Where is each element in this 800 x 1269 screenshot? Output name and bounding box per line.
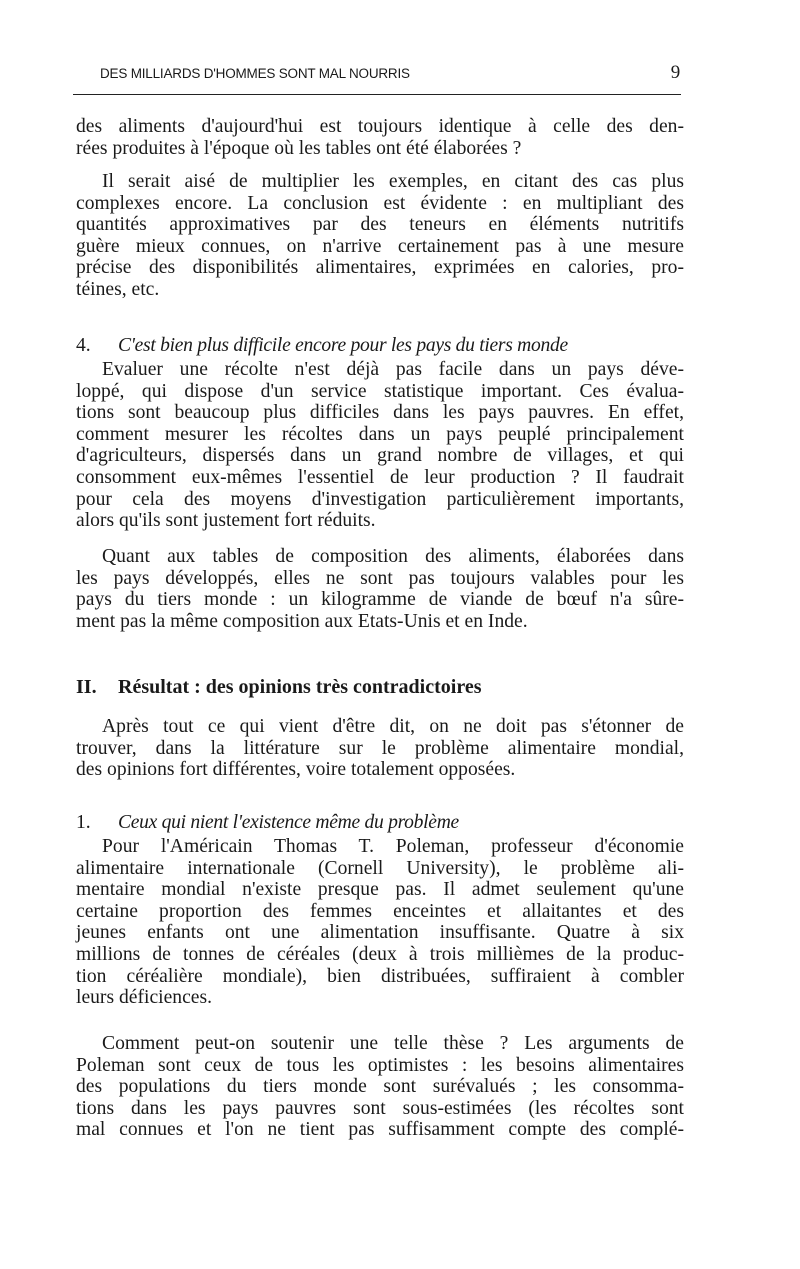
text-line: tions sont beaucoup plus difficiles dans… [76,402,684,424]
text-line: consomment eux-mêmes l'essentiel de leur… [76,467,684,489]
text-line: mal connues et l'on ne tient pas suffisa… [76,1119,684,1141]
paragraph: Quant aux tables de composition des alim… [76,546,684,632]
text-line: jeunes enfants ont une alimentation insu… [76,922,684,944]
subsection-title: Ceux qui nient l'existence même du probl… [118,812,459,833]
text-line: téines, etc. [76,279,684,301]
text-line: trouver, dans la littérature sur le prob… [76,738,684,760]
paragraph-continuation: des aliments d'aujourd'hui est toujours … [76,116,684,159]
text-line: Evaluer une récolte n'est déjà pas facil… [76,359,684,381]
subsection-title: C'est bien plus difficile encore pour le… [118,335,568,356]
text-line: loppé, qui dispose d'un service statisti… [76,381,684,403]
subsection-heading: 1.Ceux qui nient l'existence même du pro… [76,812,684,834]
text-line: pour cela des moyens d'investigation par… [76,489,684,511]
text-line: Pour l'Américain Thomas T. Poleman, prof… [76,836,684,858]
text-line: complexes encore. La conclusion est évid… [76,193,684,215]
running-header: DES MILLIARDS D'HOMMES SONT MAL NOURRIS … [100,64,682,84]
text-line: Poleman sont ceux de tous les optimistes… [76,1055,684,1077]
text-line: tion céréalière mondiale), bien distribu… [76,966,684,988]
text-line: tions dans les pays pauvres sont sous-es… [76,1098,684,1120]
paragraph: Comment peut-on soutenir une telle thèse… [76,1033,684,1141]
text-line: Après tout ce qui vient d'être dit, on n… [76,716,684,738]
text-line: certaine proportion des femmes enceintes… [76,901,684,923]
paragraph: Pour l'Américain Thomas T. Poleman, prof… [76,836,684,1009]
text-line: d'agriculteurs, dispersés dans un grand … [76,445,684,467]
subsection-number: 4. [76,335,118,357]
text-line: ment pas la même composition aux Etats-U… [76,611,684,633]
text-line: des opinions fort différentes, voire tot… [76,759,684,781]
section-number: II. [76,676,118,698]
paragraph: Après tout ce qui vient d'être dit, on n… [76,716,684,781]
text-line: rées produites à l'époque où les tables … [76,138,684,160]
text-line: Comment peut-on soutenir une telle thèse… [76,1033,684,1055]
text-line: Il serait aisé de multiplier les exemple… [76,171,684,193]
text-line: précise des disponibilités alimentaires,… [76,257,684,279]
text-line: leurs déficiences. [76,987,684,1009]
text-line: Quant aux tables de composition des alim… [76,546,684,568]
page-number: 9 [671,62,680,84]
section-title: Résultat : des opinions très contradicto… [118,676,482,698]
paragraph: Evaluer une récolte n'est déjà pas facil… [76,359,684,532]
text-line: pays du tiers monde : un kilogramme de v… [76,589,684,611]
subsection-number: 1. [76,812,118,834]
text-line: quantités approximatives par des teneurs… [76,214,684,236]
subsection-heading: 4.C'est bien plus difficile encore pour … [76,335,684,357]
text-line: mentaire mondial n'existe presque pas. I… [76,879,684,901]
text-line: les pays développés, elles ne sont pas t… [76,568,684,590]
text-line: alors qu'ils sont justement fort réduits… [76,510,684,532]
text-line: alimentaire internationale (Cornell Univ… [76,858,684,880]
running-title: DES MILLIARDS D'HOMMES SONT MAL NOURRIS [100,66,410,81]
text-line: guère mieux connues, on n'arrive certain… [76,236,684,258]
paragraph: Il serait aisé de multiplier les exemple… [76,171,684,301]
text-line: des aliments d'aujourd'hui est toujours … [76,116,684,138]
text-line: millions de tonnes de céréales (deux à t… [76,944,684,966]
section-heading: II.Résultat : des opinions très contradi… [76,676,684,698]
header-rule [73,94,681,95]
text-line: des populations du tiers monde sont suré… [76,1076,684,1098]
text-line: comment mesurer les récoltes dans un pay… [76,424,684,446]
